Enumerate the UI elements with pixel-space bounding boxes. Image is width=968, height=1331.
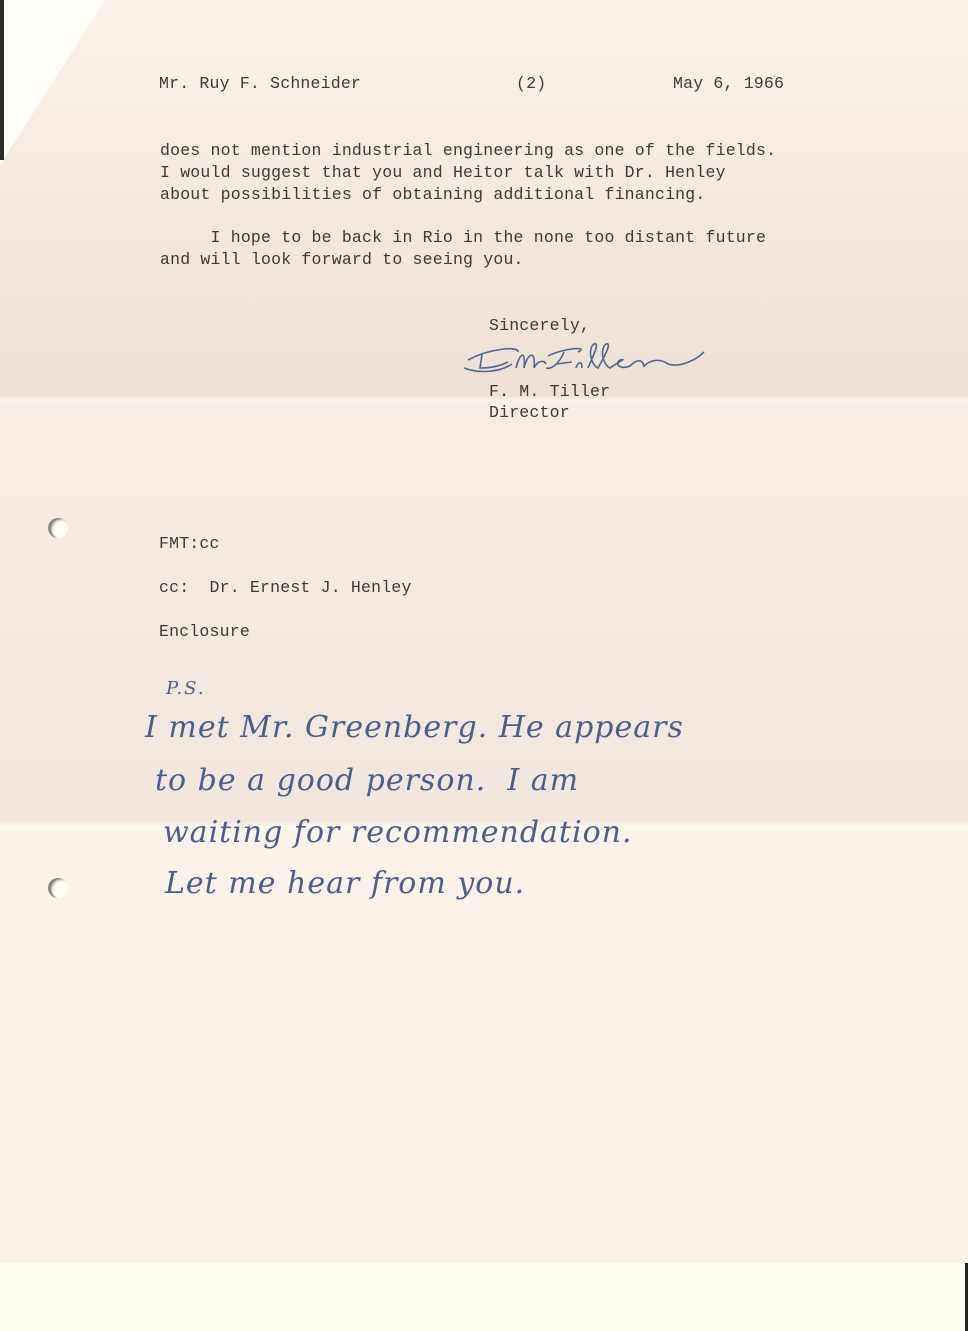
enclosure-line: Enclosure: [159, 621, 250, 643]
ps-line: I met Mr. Greenberg. He appears: [145, 710, 684, 745]
ps-line: to be a good person. I am: [155, 763, 579, 798]
folded-corner: [0, 0, 105, 165]
punch-hole-icon: [48, 518, 68, 538]
header-date: May 6, 1966: [673, 73, 784, 95]
cc-line: cc: Dr. Ernest J. Henley: [159, 577, 412, 599]
header-recipient: Mr. Ruy F. Schneider: [159, 73, 361, 95]
scan-background: [0, 1263, 968, 1331]
body-line: about possibilities of obtaining additio…: [160, 184, 706, 206]
scan-edge: [0, 0, 4, 160]
header-page-number: (2): [516, 73, 546, 95]
punch-hole-icon: [48, 878, 68, 898]
signature-icon: [460, 338, 710, 382]
ps-label: P.S.: [166, 678, 206, 699]
ps-line: waiting for recommendation.: [163, 815, 633, 850]
signer-name: F. M. Tiller: [489, 381, 610, 403]
signer-title: Director: [489, 402, 570, 424]
body-line: I would suggest that you and Heitor talk…: [160, 162, 726, 184]
closing-salutation: Sincerely,: [489, 315, 590, 337]
ps-line: Let me hear from you.: [165, 866, 525, 901]
body-line: does not mention industrial engineering …: [160, 140, 776, 162]
body-line: and will look forward to seeing you.: [160, 249, 524, 271]
body-line: I hope to be back in Rio in the none too…: [160, 227, 766, 249]
reference-initials: FMT:cc: [159, 533, 220, 555]
letter-page: Mr. Ruy F. Schneider (2) May 6, 1966 doe…: [0, 0, 968, 1263]
